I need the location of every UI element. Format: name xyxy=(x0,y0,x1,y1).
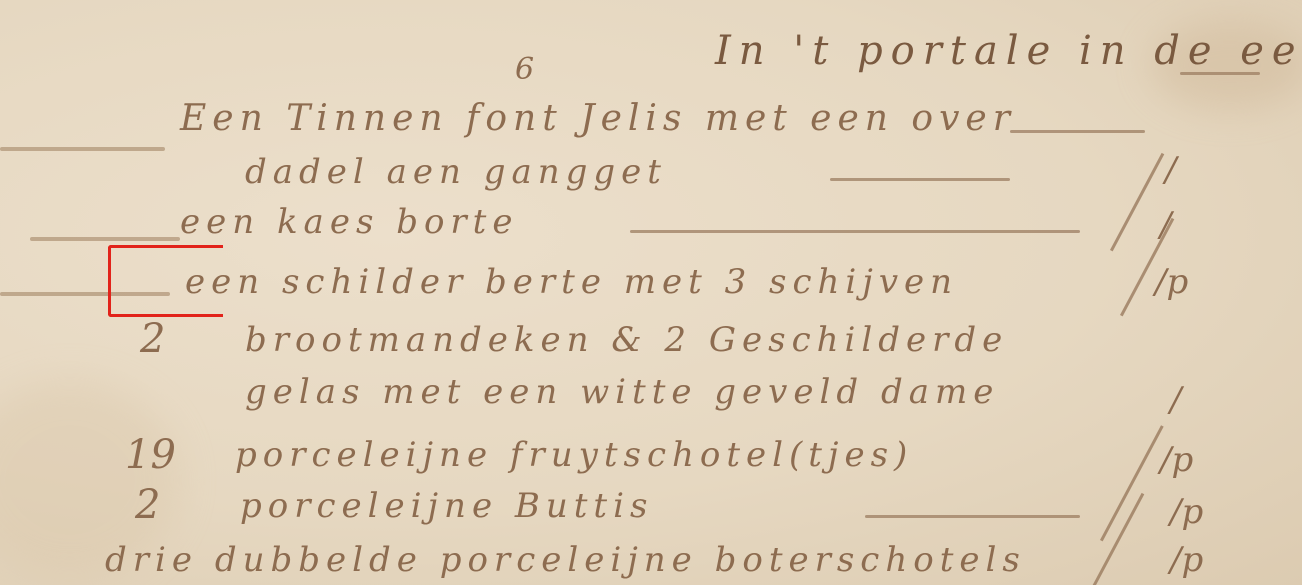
tally-slash xyxy=(1110,153,1164,252)
line-strike xyxy=(865,515,1080,518)
inventory-line: brootmandeken & 2 Geschilderde xyxy=(245,320,1008,360)
line-strike xyxy=(630,230,1080,233)
tally-mark: /p xyxy=(1170,540,1203,580)
line-strike xyxy=(830,178,1010,181)
line-strike xyxy=(1010,130,1145,133)
tally-mark: / xyxy=(1170,380,1181,420)
margin-rule xyxy=(0,147,165,151)
inventory-line: een kaes borte xyxy=(180,202,518,242)
section-heading: In 't portale in de eerste xyxy=(715,28,1302,74)
tally-mark: /p xyxy=(1155,262,1188,302)
red-annotation-bracket xyxy=(108,245,223,317)
page-marker: 6 xyxy=(515,52,534,87)
inventory-line: Een Tinnen font Jelis met een over xyxy=(180,98,1016,139)
inventory-line: een schilder berte met 3 schijven xyxy=(185,262,958,302)
tally-mark: / xyxy=(1165,150,1176,190)
inventory-line: gelas met een witte geveld dame xyxy=(245,372,999,412)
tally-slash xyxy=(1100,425,1164,541)
tally-mark: /p xyxy=(1160,440,1193,480)
item-quantity: 19 xyxy=(125,432,176,478)
tally-mark: /p xyxy=(1170,492,1203,532)
margin-rule xyxy=(30,237,180,241)
inventory-line: drie dubbelde porceleijne boterschotels xyxy=(105,540,1026,580)
item-quantity: 2 xyxy=(140,316,165,362)
manuscript-page: 6 In 't portale in de eerste Een Tinnen … xyxy=(0,0,1302,585)
inventory-line: dadel aen gangget xyxy=(245,152,667,192)
heading-flourish xyxy=(1180,72,1260,75)
item-quantity: 2 xyxy=(135,482,160,528)
inventory-line: porceleijne Buttis xyxy=(240,486,653,526)
inventory-line: porceleijne fruytschotel(tjes) xyxy=(235,435,913,475)
